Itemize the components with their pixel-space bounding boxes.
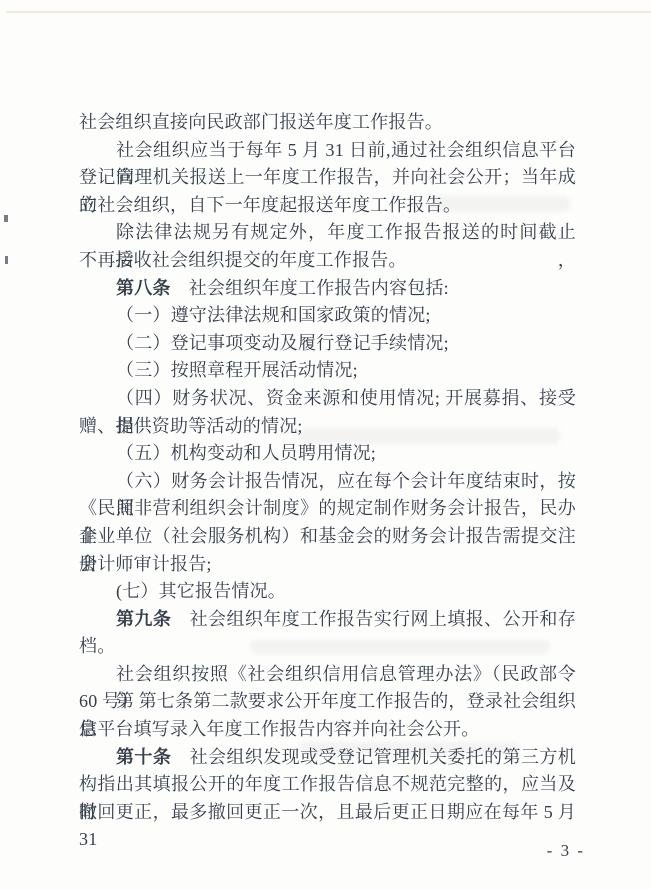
text-segment: 社会组织年度工作报告内容包括: xyxy=(171,278,449,298)
text-line: 除法律法规另有规定外，年度工作报告报送的时间截止后， xyxy=(79,219,576,247)
text-line: 60 号）第七条第二款要求公开年度工作报告的，登录社会组织信 xyxy=(79,688,576,716)
text-line: 息平台填写录入年度工作报告内容并向社会公开。 xyxy=(79,716,576,744)
text-line: 社会组织直接向民政部门报送年度工作报告。 xyxy=(79,109,576,137)
text-line: （一）遵守法律法规和国家政策的情况; xyxy=(79,302,576,330)
document-body: 社会组织直接向民政部门报送年度工作报告。社会组织应当于每年 5 月 31 日前,… xyxy=(79,109,576,826)
text-line: 会计师审计报告; xyxy=(79,551,576,579)
text-segment: 息平台填写录入年度工作报告内容并向社会公开。 xyxy=(79,719,479,739)
text-segment: （二）登记事项变动及履行登记手续情况; xyxy=(116,333,449,353)
text-segment: 会计师审计报告; xyxy=(79,554,212,574)
text-line: 第八条 社会组织年度工作报告内容包括: xyxy=(79,275,576,303)
text-line: 社会组织按照《社会组织信用信息管理办法》（民政部令第 xyxy=(79,661,576,689)
text-segment: 社会组织年度工作报告实行网上填报、公开和存 xyxy=(171,609,576,629)
text-segment: 的社会组织，自下一年度起报送年度工作报告。 xyxy=(79,195,461,215)
text-line: 赠、提供资助等活动的情况; xyxy=(79,413,576,441)
text-line: （二）登记事项变动及履行登记手续情况; xyxy=(79,330,576,358)
text-segment: （五）机构变动和人员聘用情况; xyxy=(116,443,376,463)
text-line: 构指出其填报公开的年度工作报告信息不规范完整的，应当及时 xyxy=(79,771,576,799)
text-line: 的社会组织，自下一年度起报送年度工作报告。 xyxy=(79,192,576,220)
text-segment: 社会组织发现或受登记管理机关委托的第三方机 xyxy=(171,747,576,767)
text-line: (七）其它报告情况。 xyxy=(79,578,576,606)
text-line: 撤回更正，最多撤回更正一次，且最后更正日期应在每年 5 月 31 xyxy=(79,799,576,827)
text-line: 《民间非营利组织会计制度》的规定制作财务会计报告，民办非 xyxy=(79,495,576,523)
text-segment: 赠、提供资助等活动的情况; xyxy=(79,416,303,436)
text-line: （六）财务会计报告情况，应在每个会计年度结束时，按照 xyxy=(79,468,576,496)
scan-artifact-speck xyxy=(4,215,8,222)
text-line: 企业单位（社会服务机构）和基金会的财务会计报告需提交注册 xyxy=(79,523,576,551)
text-line: （四）财务状况、资金来源和使用情况; 开展募捐、接受捐 xyxy=(79,385,576,413)
text-segment: 档。 xyxy=(79,636,115,656)
text-line: 社会组织应当于每年 5 月 31 日前,通过社会组织信息平台向 xyxy=(79,137,576,165)
page-number: - 3 - xyxy=(547,841,585,861)
text-line: 第九条 社会组织年度工作报告实行网上填报、公开和存 xyxy=(79,606,576,634)
text-segment: 不再接收社会组织提交的年度工作报告。 xyxy=(79,250,407,270)
text-line: 第十条 社会组织发现或受登记管理机关委托的第三方机 xyxy=(79,744,576,772)
scan-artifact-line xyxy=(6,11,651,13)
text-segment: （一）遵守法律法规和国家政策的情况; xyxy=(116,305,431,325)
text-line: （五）机构变动和人员聘用情况; xyxy=(79,440,576,468)
text-segment: 社会组织直接向民政部门报送年度工作报告。 xyxy=(79,112,443,132)
text-segment: (七）其它报告情况。 xyxy=(116,581,286,601)
text-line: （三）按照章程开展活动情况; xyxy=(79,357,576,385)
scan-artifact-speck xyxy=(5,256,8,264)
text-segment: （三）按照章程开展活动情况; xyxy=(116,360,358,380)
article-heading: 第十条 xyxy=(116,747,171,767)
text-line: 档。 xyxy=(79,633,576,661)
article-heading: 第八条 xyxy=(116,278,171,298)
text-segment: 撤回更正，最多撤回更正一次，且最后更正日期应在每年 5 月 31 xyxy=(79,802,576,850)
document-page: 社会组织直接向民政部门报送年度工作报告。社会组织应当于每年 5 月 31 日前,… xyxy=(0,0,651,890)
article-heading: 第九条 xyxy=(116,609,171,629)
text-line: 登记管理机关报送上一年度工作报告，并向社会公开；当年成立 xyxy=(79,164,576,192)
